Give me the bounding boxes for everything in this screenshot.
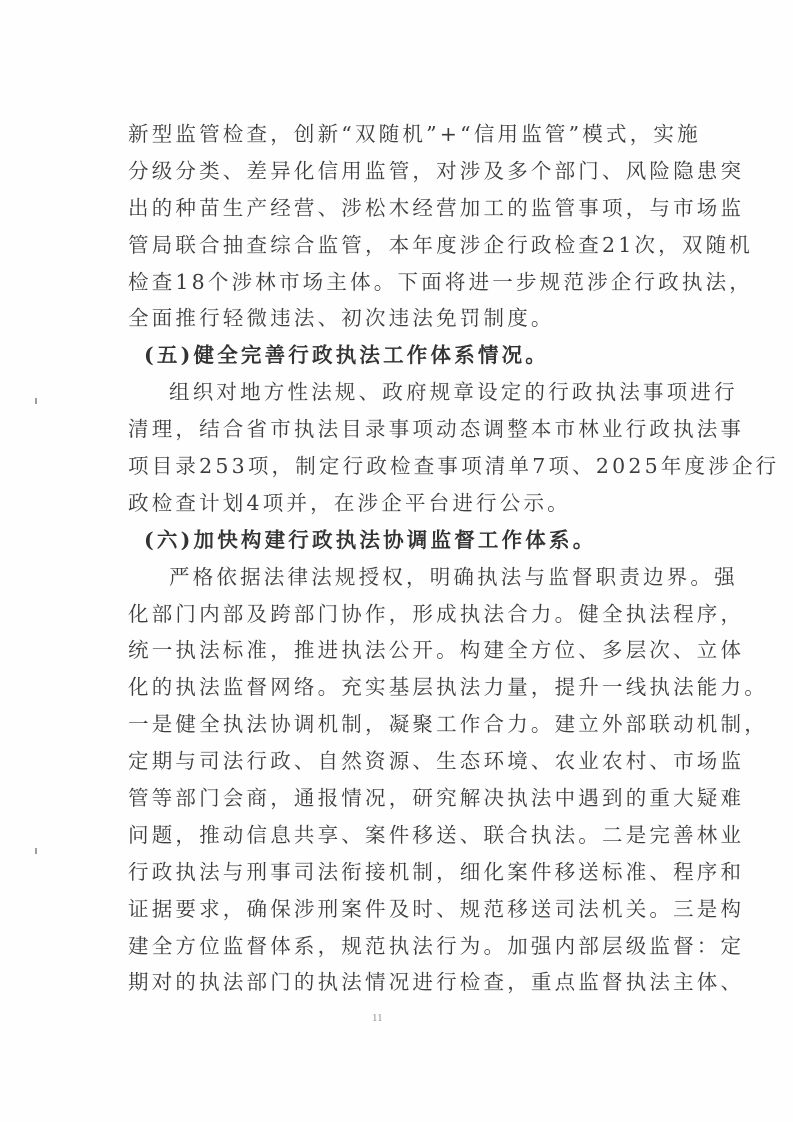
paragraph-line: 管局联合抽查综合监管，本年度涉企行政检查21次，双随机	[128, 227, 673, 264]
page-number: 11	[372, 1012, 383, 1024]
paragraph-line: 建全方位监督体系，规范执法行为。加强内部层级监督：定	[128, 928, 673, 965]
section-heading-5: (五)健全完善行政执法工作体系情况。	[128, 337, 673, 374]
paragraph-line: 定期与司法行政、自然资源、生态环境、农业农村、市场监	[128, 743, 673, 780]
paragraph-line: 统一执法标准，推进执法公开。构建全方位、多层次、立体	[128, 632, 673, 669]
body-text: 新型监管检查，创新“双随机”+“信用监管”模式，实施 分级分类、差异化信用监管，…	[128, 116, 673, 1001]
paragraph-line: 管等部门会商，通报情况，研究解决执法中遇到的重大疑难	[128, 780, 673, 817]
paragraph-line: 证据要求，确保涉刑案件及时、规范移送司法机关。三是构	[128, 891, 673, 928]
scan-mark	[35, 398, 37, 404]
document-page: 新型监管检查，创新“双随机”+“信用监管”模式，实施 分级分类、差异化信用监管，…	[0, 0, 793, 1122]
paragraph-line: 化的执法监督网络。充实基层执法力量，提升一线执法能力。	[128, 669, 673, 706]
paragraph-line: 严格依据法律法规授权，明确执法与监督职责边界。强	[128, 559, 673, 596]
paragraph-line: 出的种苗生产经营、涉松木经营加工的监管事项，与市场监	[128, 190, 673, 227]
paragraph-line: 项目录253项，制定行政检查事项清单7项、2025年度涉企行	[128, 448, 673, 485]
paragraph-line: 检查18个涉林市场主体。下面将进一步规范涉企行政执法，	[128, 264, 673, 301]
paragraph-line: 一是健全执法协调机制，凝聚工作合力。建立外部联动机制，	[128, 706, 673, 743]
paragraph-line: 问题，推动信息共享、案件移送、联合执法。二是完善林业	[128, 817, 673, 854]
paragraph-line: 分级分类、差异化信用监管，对涉及多个部门、风险隐患突	[128, 153, 673, 190]
section-heading-6: (六)加快构建行政执法协调监督工作体系。	[128, 522, 673, 559]
paragraph-line: 清理，结合省市执法目录事项动态调整本市林业行政执法事	[128, 411, 673, 448]
paragraph-line: 行政执法与刑事司法衔接机制，细化案件移送标准、程序和	[128, 854, 673, 891]
paragraph-line: 期对的执法部门的执法情况进行检查，重点监督执法主体、	[128, 964, 673, 1001]
scan-mark	[35, 848, 37, 854]
paragraph-line: 新型监管检查，创新“双随机”+“信用监管”模式，实施	[128, 116, 673, 153]
paragraph-line: 化部门内部及跨部门协作，形成执法合力。健全执法程序，	[128, 596, 673, 633]
paragraph-line: 政检查计划4项并，在涉企平台进行公示。	[128, 485, 673, 522]
paragraph-line: 全面推行轻微违法、初次违法免罚制度。	[128, 300, 673, 337]
paragraph-line: 组织对地方性法规、政府规章设定的行政执法事项进行	[128, 374, 673, 411]
